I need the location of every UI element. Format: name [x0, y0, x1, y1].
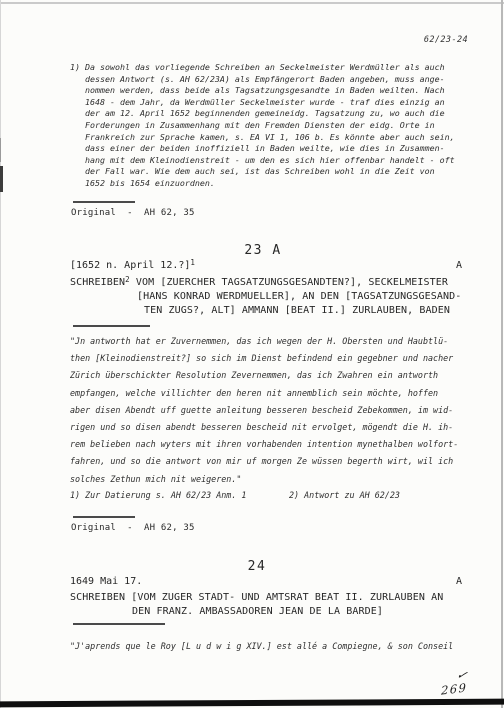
scan-edge-left — [0, 0, 1, 708]
entry-23a-title-line2: [HANS KONRAD WERDMUELLER], AN DEN [TAGSA… — [137, 291, 461, 302]
entry-23a-footnote-1: 1) Zur Datierung s. AH 62/23 Anm. 1 — [70, 490, 246, 500]
entry-23a-quote: "Jn antworth hat er Zuvernemmen, das ich… — [70, 333, 470, 488]
source-reference: Original - AH 62, 35 — [71, 523, 195, 533]
entry-23a-corner-mark: A — [456, 260, 462, 271]
scan-left-blotch — [0, 166, 3, 192]
scan-edge-bottom-band — [0, 699, 504, 708]
footnote-line: nommen werden, dass beide als Tagsatzung… — [85, 85, 470, 97]
entry-24-corner-mark: A — [456, 576, 462, 587]
source-reference: Original - AH 62, 35 — [71, 208, 195, 218]
scan-edge-right — [501, 0, 503, 708]
footnote-line: Frankreich zur Sprache kamen, s. EA VI 1… — [85, 132, 470, 144]
footnote-line: hang mit dem Kleinodienstreit - um den e… — [85, 155, 470, 167]
page-reference: 62/23-24 — [0, 35, 468, 45]
quote-line: fahren, und so die antwort von mir uf mo… — [70, 453, 470, 470]
entry-23a-title-rest: VOM [ZUERCHER TAGSATZUNGSGESANDTEN?], SE… — [130, 277, 448, 288]
scanned-document-page: 62/23-24 1) Da sowohl das vorliegende Sc… — [0, 0, 504, 708]
footnote-text: Da sowohl das vorliegende Schreiben an S… — [85, 62, 470, 190]
footnote-line: der am 12. April 1652 beginnenden gemein… — [85, 108, 470, 120]
quote-line: rem belieben nach wyters mit ihren vorha… — [70, 436, 470, 453]
handwritten-page-number: 269 — [441, 680, 468, 697]
quote-line: aber disen Abendt uff guette anleitung b… — [70, 402, 470, 419]
entry-23a-date-footnote-ref: 1 — [190, 258, 195, 267]
footnote-line: 1652 bis 1654 einzuordnen. — [85, 178, 470, 190]
quote-separator-rule — [73, 623, 165, 625]
entry-number-24: 24 — [0, 559, 504, 574]
quote-line: then [Kleinodienstreit?] so sich im Dien… — [70, 350, 470, 367]
entry-23a-date-row: [1652 n. April 12.?]1 A — [70, 260, 462, 271]
entry-23a-title-line1: SCHREIBEN2 VOM [ZUERCHER TAGSATZUNGSGESA… — [70, 277, 448, 288]
entry-23a-date: [1652 n. April 12.?] — [70, 260, 190, 271]
separator-rule — [73, 516, 135, 518]
footnote-line: dessen Antwort (s. AH 62/23A) als Empfän… — [85, 74, 470, 86]
quote-line: solches Zethun mich nit weigeren." — [70, 471, 470, 488]
carryover-footnote: 1) Da sowohl das vorliegende Schreiben a… — [70, 62, 470, 190]
entry-24-quote-line: "J'aprends que le Roy [L u d w i g XIV.]… — [70, 641, 453, 651]
entry-24-title-line2: DEN FRANZ. AMBASSADOREN JEAN DE LA BARDE… — [132, 606, 383, 617]
footnote-marker: 1) — [70, 62, 80, 74]
entry-23a-footnote-2: 2) Antwort zu AH 62/23 — [289, 490, 400, 500]
entry-24-date-row: 1649 Mai 17. A — [70, 576, 462, 587]
entry-23a-title-word: SCHREIBEN — [70, 277, 125, 288]
footnote-line: Forderungen in Zusammenhang mit den Frem… — [85, 120, 470, 132]
quote-line: rigen und so disen abendt besseren besch… — [70, 419, 470, 436]
footnote-line: 1648 - dem Jahr, da Werdmüller Seckelmei… — [85, 97, 470, 109]
quote-line: "Jn antworth hat er Zuvernemmen, das ich… — [70, 333, 470, 350]
footnote-line: Da sowohl das vorliegende Schreiben an S… — [85, 62, 470, 74]
quote-line: empfangen, welche villichter den heren n… — [70, 385, 470, 402]
entry-23a-title-line3: TEN ZUGS?, ALT] AMMANN [BEAT II.] ZURLAU… — [144, 305, 450, 316]
footnote-line: dass einer der beiden inoffiziell in Bad… — [85, 143, 470, 155]
entry-24-title-line1: SCHREIBEN [VOM ZUGER STADT- UND AMTSRAT … — [70, 592, 443, 603]
scan-edge-top — [0, 2, 504, 4]
entry-number-23a: 23 A — [0, 243, 504, 258]
scan-left-faint-mark — [0, 138, 1, 162]
entry-23a-title-footnote-ref: 2 — [125, 275, 130, 284]
quote-separator-rule — [73, 325, 150, 327]
quote-line: Zürich überschickter Resolution Zevernem… — [70, 367, 470, 384]
footnote-line: der Fall war. Wie dem auch sei, ist das … — [85, 166, 470, 178]
separator-rule — [73, 201, 135, 203]
entry-24-date: 1649 Mai 17. — [70, 576, 142, 587]
